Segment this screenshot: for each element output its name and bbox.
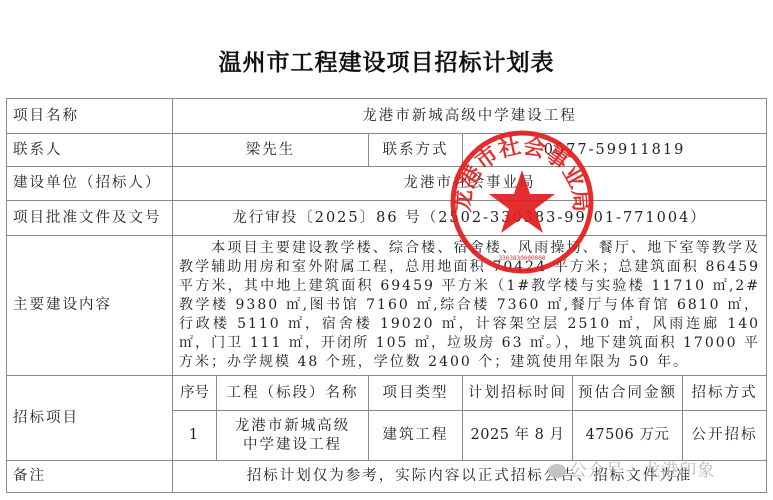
- item-time: 2025 年 8 月: [463, 411, 573, 461]
- row-project-name: 项目名称 龙港市新城高级中学建设工程: [7, 99, 767, 134]
- header-type: 项目类型: [369, 376, 463, 411]
- project-name-label: 项目名称: [7, 99, 173, 134]
- approval-value: 龙行审投〔2025〕86 号（2502-330383-99-01-771004）: [173, 201, 767, 236]
- row-contact: 联系人 梁先生 联系方式 0577-59911819: [7, 134, 767, 167]
- item-name: 龙港市新城高级中学建设工程: [217, 411, 369, 461]
- approval-label: 项目批准文件及文号: [7, 201, 173, 236]
- header-time: 计划招标时间: [463, 376, 573, 411]
- wechat-watermark: 公众号 · 龙港印象: [548, 456, 715, 481]
- main-content-value: 本项目主要建设教学楼、综合楼、宿舍楼、风雨操场、餐厅、地下室等教学及教学辅助用房…: [173, 236, 767, 376]
- contact-label: 联系人: [7, 134, 173, 167]
- contact-method-label: 联系方式: [369, 134, 463, 167]
- contact-method-value: 0577-59911819: [463, 134, 767, 167]
- row-approval: 项目批准文件及文号 龙行审投〔2025〕86 号（2502-330383-99-…: [7, 201, 767, 236]
- bidding-label: 招标项目: [7, 376, 173, 461]
- item-amount: 47506 万元: [573, 411, 683, 461]
- tender-plan-table: 项目名称 龙港市新城高级中学建设工程 联系人 梁先生 联系方式 0577-599…: [6, 98, 767, 493]
- page-title: 温州市工程建设项目招标计划表: [0, 44, 773, 77]
- item-no: 1: [173, 411, 217, 461]
- builder-value: 龙港市社会事业局: [173, 167, 767, 201]
- header-amount: 预估合同金额: [573, 376, 683, 411]
- notes-label: 备注: [7, 461, 173, 493]
- row-builder: 建设单位（招标人） 龙港市社会事业局: [7, 167, 767, 201]
- item-method: 公开招标: [683, 411, 767, 461]
- project-name-value: 龙港市新城高级中学建设工程: [173, 99, 767, 134]
- row-bidding-header: 招标项目 序号 工程（标段）名称 项目类型 计划招标时间 预估合同金额 招标方式: [7, 376, 767, 411]
- builder-label: 建设单位（招标人）: [7, 167, 173, 201]
- item-type: 建筑工程: [369, 411, 463, 461]
- wechat-icon: [548, 464, 566, 478]
- main-content-label: 主要建设内容: [7, 236, 173, 376]
- header-name: 工程（标段）名称: [217, 376, 369, 411]
- header-no: 序号: [173, 376, 217, 411]
- row-main-content: 主要建设内容 本项目主要建设教学楼、综合楼、宿舍楼、风雨操场、餐厅、地下室等教学…: [7, 236, 767, 376]
- header-method: 招标方式: [683, 376, 767, 411]
- contact-value: 梁先生: [173, 134, 369, 167]
